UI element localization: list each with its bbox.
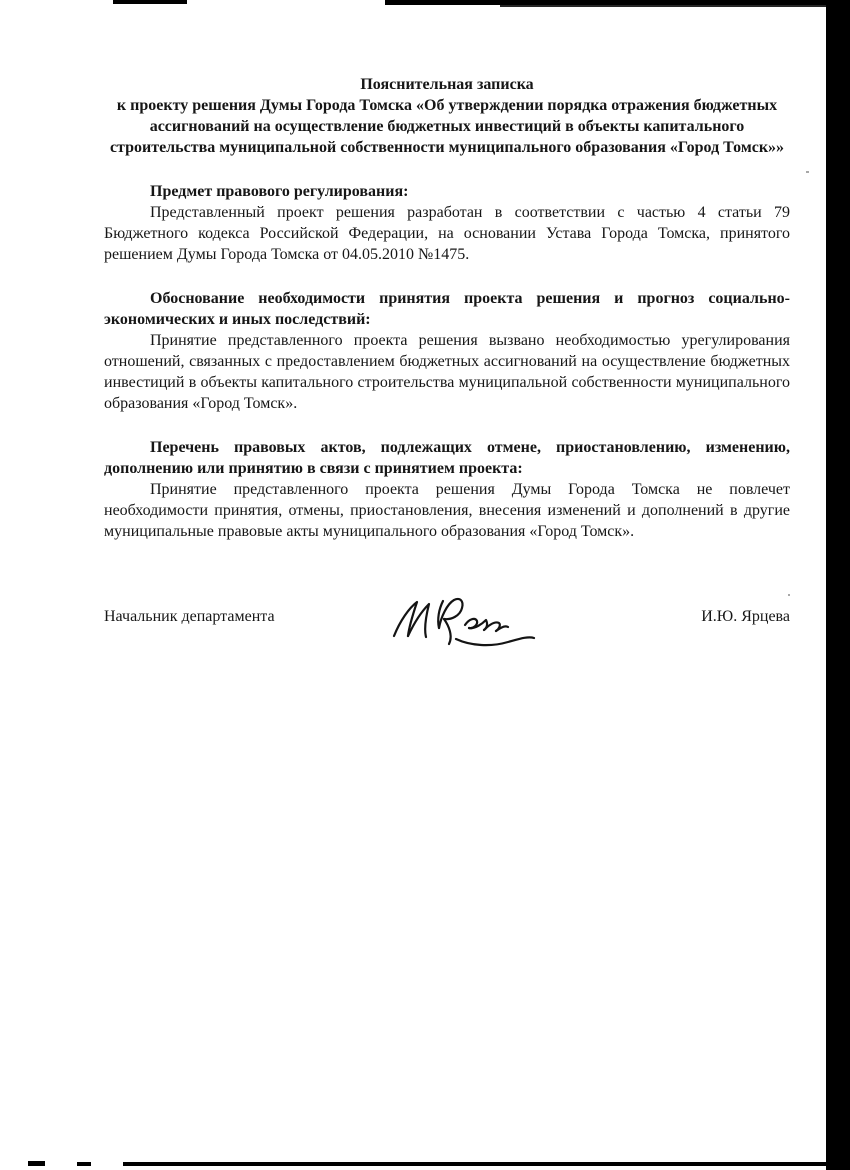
section-heading: Предмет правового регулирования: [104,181,790,202]
handwritten-signature-icon [386,590,538,648]
signature-block: Начальник департамента И.Ю. Ярцева [104,594,790,654]
scan-artifact-bottom-dash-2 [77,1162,91,1166]
scan-artifact-right-band [826,0,850,1170]
document-title-line1: Пояснительная записка [104,74,790,95]
section-body: Принятие представленного проекта решения… [104,330,790,414]
scan-artifact-top-left-bar [113,0,187,4]
scanned-document-page: Пояснительная записка к проекту решения … [0,0,850,1170]
section-justification: Обоснование необходимости принятия проек… [104,288,790,414]
section-heading: Обоснование необходимости принятия проек… [104,288,790,330]
scan-artifact-bottom-dash-1 [28,1161,45,1166]
signatory-role-label: Начальник департамента [104,606,275,627]
section-subject-of-regulation: Предмет правового регулирования: Предста… [104,181,790,265]
document-title: Пояснительная записка к проекту решения … [104,74,790,158]
section-body: Представленный проект решения разработан… [104,202,790,265]
scan-artifact-top-right-bar-fringe [500,5,830,7]
scan-noise-speck [806,171,809,173]
section-heading: Перечень правовых актов, подлежащих отме… [104,437,790,479]
section-list-of-legal-acts: Перечень правовых актов, подлежащих отме… [104,437,790,542]
document-title-subject: к проекту решения Думы Города Томска «Об… [104,95,790,158]
section-body: Принятие представленного проекта решения… [104,479,790,542]
signatory-name: И.Ю. Ярцева [701,606,790,627]
document-content: Пояснительная записка к проекту решения … [104,74,790,654]
scan-artifact-bottom-line [123,1162,850,1166]
